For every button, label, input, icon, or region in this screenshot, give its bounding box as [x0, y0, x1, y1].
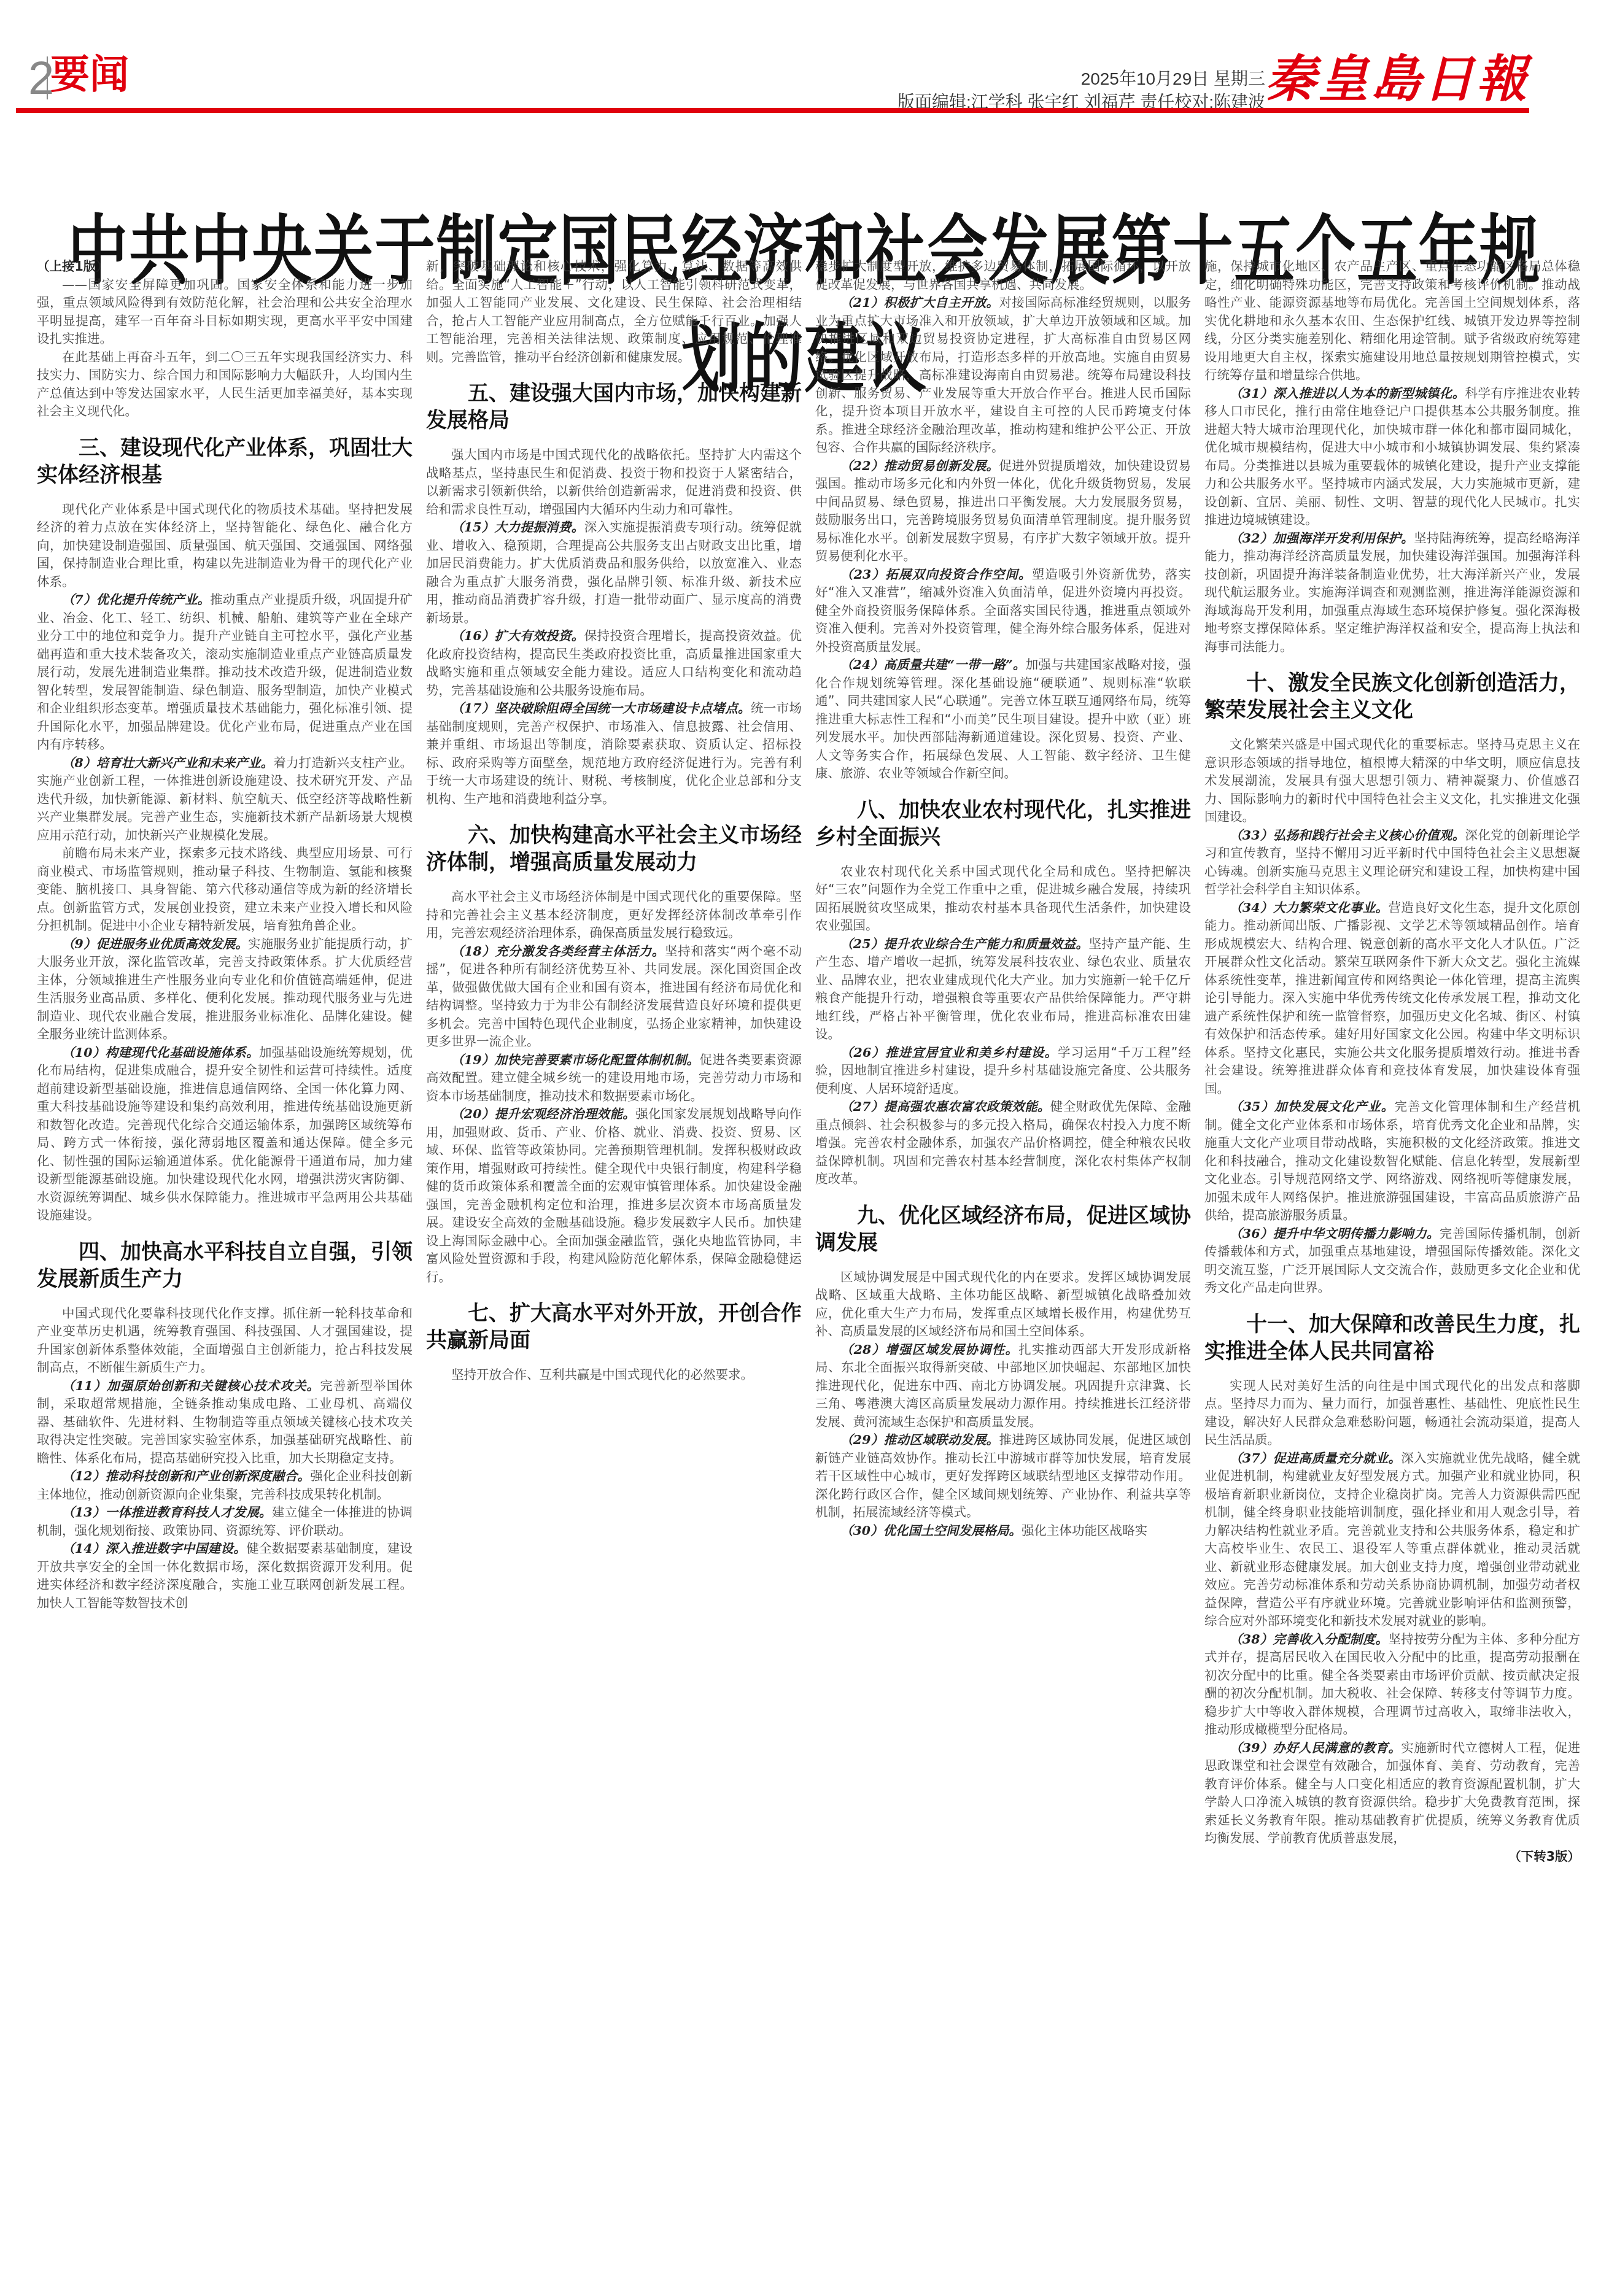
body-paragraph: 农业农村现代化关系中国式现代化全局和成色。坚持把解决好“三农”问题作为全党工作重… [815, 863, 1191, 935]
paragraph-title: （13）一体推进教育科技人才发展。 [62, 1505, 272, 1520]
column-3: 稳步扩大制度型开放，维护多边贸易体制，拓展国际循环，以开放促改革促发展，与世界各… [815, 258, 1191, 2283]
section-heading: 四、加快高水平科技自立自强，引领发展新质生产力 [37, 1239, 413, 1293]
paragraph-text: 深入实施就业优先战略，健全就业促进机制，构建就业友好型发展方式。加强产业和就业协… [1204, 1451, 1580, 1629]
paragraph-title: （28）增强区域发展协调性。 [840, 1342, 1018, 1357]
paragraph-title: （24）高质量共建“一带一路”。 [840, 657, 1026, 672]
numbered-paragraph: （35）加快发展文化产业。完善文化管理体制和生产经营机制。健全文化产业体系和市场… [1204, 1098, 1580, 1225]
section-heading: 六、加快构建高水平社会主义市场经济体制，增强高质量发展动力 [426, 822, 802, 876]
paragraph-text: 坚持按劳分配为主体、多种分配方式并存，提高居民收入在国民收入分配中的比重，提高劳… [1204, 1632, 1580, 1737]
paragraph-title: （37）促进高质量充分就业。 [1230, 1451, 1401, 1466]
numbered-paragraph: （31）深入推进以人为本的新型城镇化。科学有序推进农业转移人口市民化，推行由常住… [1204, 385, 1580, 530]
paragraph-text: 对接国际高标准经贸规则，以服务业为重点扩大市场准入和开放领域，扩大单边开放领域和… [815, 295, 1191, 455]
article-columns: （上接1版）——国家安全屏障更加巩固。国家安全体系和能力进一步加强，重点领域风险… [37, 258, 1584, 2283]
paragraph-text: 营造良好文化生态，提升文化原创能力。推动新闻出版、广播影视、文学艺术等领域精品创… [1204, 900, 1580, 1096]
paragraph-title: （30）优化国土空间发展格局。 [840, 1523, 1022, 1538]
section-heading: 三、建设现代化产业体系，巩固壮大实体经济根基 [37, 435, 413, 489]
numbered-paragraph: （10）构建现代化基础设施体系。加强基础设施统筹规划，优化布局结构，促进集成融合… [37, 1044, 413, 1225]
numbered-paragraph: （23）拓展双向投资合作空间。塑造吸引外资新优势，落实好“准入又准营”，缩减外资… [815, 566, 1191, 657]
paragraph-title: （36）提升中华文明传播力影响力。 [1230, 1226, 1440, 1241]
page-number: 2 [28, 55, 53, 102]
numbered-paragraph: （11）加强原始创新和关键核心技术攻关。完善新型举国体制，采取超常规措施，全链条… [37, 1377, 413, 1468]
body-paragraph: 强大国内市场是中国式现代化的战略依托。坚持扩大内需这个战略基点，坚持惠民生和促消… [426, 446, 802, 519]
paragraph-text: 加强基础设施统筹规划，优化布局结构，促进集成融合，提升安全韧性和运营可持续性。适… [37, 1045, 413, 1223]
issue-meta: 2025年10月29日 星期三 版面编辑:江学科 张宇红 刘福芹 责任校对:陈建… [898, 68, 1265, 114]
section-name: 要闻 [50, 55, 129, 95]
section-heading: 五、建设强大国内市场，加快构建新发展格局 [426, 380, 802, 434]
paragraph-title: （29）推动区域联动发展。 [840, 1432, 999, 1447]
section-heading: 十一、加大保障和改善民生力度，扎实推进全体人民共同富裕 [1204, 1311, 1580, 1365]
body-paragraph: 中国式现代化要靠科技现代化作支撑。抓住新一轮科技革命和产业变革历史机遇，统筹教育… [37, 1305, 413, 1377]
numbered-paragraph: （38）完善收入分配制度。坚持按劳分配为主体、多种分配方式并存，提高居民收入在国… [1204, 1631, 1580, 1739]
paragraph-title: （12）推动科技创新和产业创新深度融合。 [62, 1469, 310, 1483]
paragraph-text: 完善文化管理体制和生产经营机制。健全文化产业体系和市场体系，培育优秀文化企业和品… [1204, 1099, 1580, 1223]
paragraph-text: 促进外贸提质增效，加快建设贸易强国。推动市场多元化和内外贸一体化，优化升级货物贸… [815, 458, 1191, 564]
paragraph-title: （15）大力提振消费。 [451, 520, 584, 535]
numbered-paragraph: （12）推动科技创新和产业创新深度融合。强化企业科技创新主体地位，推动创新资源向… [37, 1467, 413, 1504]
body-paragraph: 实现人民对美好生活的向往是中国式现代化的出发点和落脚点。坚持尽力而为、量力而行，… [1204, 1377, 1580, 1450]
section-heading: 九、优化区域经济布局，促进区域协调发展 [815, 1202, 1191, 1256]
numbered-paragraph: （28）增强区域发展协调性。扎实推动西部大开发形成新格局、东北全面振兴取得新突破… [815, 1341, 1191, 1432]
newspaper-logo: 秦皇島日報 [1265, 54, 1529, 104]
paragraph-title: （32）加强海洋开发利用保护。 [1230, 531, 1414, 546]
paragraph-title: （21）积极扩大自主开放。 [840, 295, 999, 310]
paragraph-text: 实施新时代立德树人工程，促进思政课堂和社会课堂有效融合，加强体育、美育、劳动教育… [1204, 1741, 1580, 1846]
numbered-paragraph: （18）充分激发各类经营主体活力。坚持和落实“两个毫不动摇”，促进各种所有制经济… [426, 943, 802, 1051]
body-paragraph: 现代化产业体系是中国式现代化的物质技术基础。坚持把发展经济的着力点放在实体经济上… [37, 501, 413, 592]
numbered-paragraph: （15）大力提振消费。深入实施提振消费专项行动。统筹促就业、增收入、稳预期，合理… [426, 519, 802, 627]
section-heading: 七、扩大高水平对外开放，开创合作共赢新局面 [426, 1300, 802, 1354]
body-paragraph: 区域协调发展是中国式现代化的内在要求。发挥区域协调发展战略、区域重大战略、主体功… [815, 1269, 1191, 1341]
body-paragraph: 前瞻布局未来产业，探索多元技术路线、典型应用场景、可行商业模式、市场监管规则，推… [37, 845, 413, 935]
paragraph-title: （39）办好人民满意的教育。 [1230, 1741, 1401, 1755]
numbered-paragraph: （33）弘扬和践行社会主义核心价值观。深化党的创新理论学习和宣传教育，坚持不懈用… [1204, 827, 1580, 899]
paragraph-text: 坚持陆海统筹，提高经略海洋能力，推动海洋经济高质量发展，加快建设海洋强国。加强海… [1204, 531, 1580, 654]
paragraph-text: 坚持和落实“两个毫不动摇”，促进各种所有制经济优势互补、共同发展。深化国资国企改… [426, 944, 802, 1049]
paragraph-title: （14）深入推进数字中国建设。 [62, 1541, 246, 1556]
numbered-paragraph: （34）大力繁荣文化事业。营造良好文化生态，提升文化原创能力。推动新闻出版、广播… [1204, 899, 1580, 1099]
paragraph-title: （20）提升宏观经济治理效能。 [451, 1107, 635, 1121]
paragraph-title: （33）弘扬和践行社会主义核心价值观。 [1230, 828, 1465, 843]
paragraph-title: （26）推进宜居宜业和美乡村建设。 [840, 1045, 1058, 1060]
numbered-paragraph: （37）促进高质量充分就业。深入实施就业优先战略，健全就业促进机制，构建就业友好… [1204, 1450, 1580, 1631]
numbered-paragraph: （14）深入推进数字中国建设。健全数据要素基础制度，建设开放共享安全的全国一体化… [37, 1540, 413, 1612]
body-paragraph: ——国家安全屏障更加巩固。国家安全体系和能力进一步加强，重点领域风险得到有效防范… [37, 276, 413, 349]
numbered-paragraph: （24）高质量共建“一带一路”。加强与共建国家战略对接，强化合作规划统筹管理。深… [815, 656, 1191, 783]
body-paragraph: 文化繁荣兴盛是中国式现代化的重要标志。坚持马克思主义在意识形态领域的指导地位，植… [1204, 736, 1580, 827]
numbered-paragraph: （20）提升宏观经济治理效能。强化国家发展规划战略导向作用，加强财政、货币、产业… [426, 1105, 802, 1286]
body-paragraph: 施，保持城市化地区、农产品主产区、重点生态功能区格局总体稳定，细化明确特殊功能区… [1204, 258, 1580, 385]
paragraph-title: （18）充分激发各类经营主体活力。 [451, 944, 665, 959]
numbered-paragraph: （22）推动贸易创新发展。促进外贸提质增效，加快建设贸易强国。推动市场多元化和内… [815, 457, 1191, 566]
numbered-paragraph: （7）优化提升传统产业。推动重点产业提质升级，巩固提升矿业、冶金、化工、轻工、纺… [37, 591, 413, 754]
paragraph-title: （7）优化提升传统产业。 [62, 592, 210, 607]
paragraph-title: （34）大力繁荣文化事业。 [1230, 900, 1388, 915]
column-2: 新，突破基础理论和核心技术，强化算力、算法、数据等高效供给。全面实施“人工智能＋… [426, 258, 802, 2283]
numbered-paragraph: （21）积极扩大自主开放。对接国际高标准经贸规则，以服务业为重点扩大市场准入和开… [815, 294, 1191, 457]
paragraph-title: （16）扩大有效投资。 [451, 628, 584, 643]
paragraph-title: （10）构建现代化基础设施体系。 [62, 1045, 259, 1060]
numbered-paragraph: （39）办好人民满意的教育。实施新时代立德树人工程，促进思政课堂和社会课堂有效融… [1204, 1739, 1580, 1848]
body-paragraph: 坚持开放合作、互利共赢是中国式现代化的必然要求。 [426, 1366, 802, 1385]
continued-on-note: （下转3版） [1508, 1848, 1580, 1866]
column-1: （上接1版）——国家安全屏障更加巩固。国家安全体系和能力进一步加强，重点领域风险… [37, 258, 413, 2283]
paragraph-title: （38）完善收入分配制度。 [1230, 1632, 1388, 1647]
paragraph-title: （9）促进服务业优质高效发展。 [62, 937, 248, 951]
paragraph-text: 坚持产量产能、生产生态、增产增收一起抓，统筹发展科技农业、绿色农业、质量农业、品… [815, 937, 1191, 1042]
numbered-paragraph: （19）加快完善要素市场化配置体制机制。促进各类要素资源高效配置。建立健全城乡统… [426, 1051, 802, 1106]
page-divider [47, 56, 48, 99]
numbered-paragraph: （36）提升中华文明传播力影响力。完善国际传播机制，创新传播载体和方式，加强重点… [1204, 1225, 1580, 1297]
paragraph-text: 深入实施提振消费专项行动。统筹促就业、增收入、稳预期，合理提高公共服务支出占财政… [426, 520, 802, 625]
body-paragraph: 高水平社会主义市场经济体制是中国式现代化的重要保障。坚持和完善社会主义基本经济制… [426, 888, 802, 943]
numbered-paragraph: （13）一体推进教育科技人才发展。建立健全一体推进的协调机制，强化规划衔接、政策… [37, 1504, 413, 1540]
paragraph-title: （11）加强原始创新和关键核心技术攻关。 [62, 1378, 320, 1393]
paragraph-text: 加强与共建国家战略对接，强化合作规划统筹管理。深化基础设施“硬联通”、规则标准“… [815, 657, 1191, 781]
body-paragraph: 在此基础上再奋斗五年，到二〇三五年实现我国经济实力、科技实力、国防实力、综合国力… [37, 349, 413, 421]
paragraph-text: 统一市场基础制度规则，完善产权保护、市场准入、信息披露、社会信用、兼并重组、市场… [426, 701, 802, 806]
paragraph-title: （8）培育壮大新兴产业和未来产业。 [62, 756, 273, 770]
paragraph-title: （19）加快完善要素市场化配置体制机制。 [451, 1053, 699, 1067]
paragraph-title: （31）深入推进以人为本的新型城镇化。 [1230, 386, 1465, 401]
numbered-paragraph: （16）扩大有效投资。保持投资合理增长，提高投资效益。优化政府投资结构，提高民生… [426, 627, 802, 700]
header-rule [16, 108, 1529, 113]
paragraph-text: 强化国家发展规划战略导向作用，加强财政、货币、产业、价格、就业、消费、投资、贸易… [426, 1107, 802, 1285]
numbered-paragraph: （9）促进服务业优质高效发展。实施服务业扩能提质行动，扩大服务业开放，深化监管改… [37, 935, 413, 1044]
numbered-paragraph: （17）坚决破除阻碍全国统一大市场建设卡点堵点。统一市场基础制度规则，完善产权保… [426, 700, 802, 808]
paragraph-title: （35）加快发展文化产业。 [1230, 1099, 1394, 1114]
paragraph-title: （22）推动贸易创新发展。 [840, 458, 999, 473]
body-paragraph: 稳步扩大制度型开放，维护多边贸易体制，拓展国际循环，以开放促改革促发展，与世界各… [815, 258, 1191, 294]
numbered-paragraph: （27）提高强农惠农富农政策效能。健全财政优先保障、金融重点倾斜、社会积极参与的… [815, 1098, 1191, 1189]
paragraph-title: （27）提高强农惠农富农政策效能。 [840, 1099, 1050, 1114]
section-heading: 十、激发全民族文化创新创造活力，繁荣发展社会主义文化 [1204, 670, 1580, 724]
paragraph-text: 科学有序推进农业转移人口市民化，推行由常住地登记户口提供基本公共服务制度。推进超… [1204, 386, 1580, 528]
numbered-paragraph: （25）提升农业综合生产能力和质量效益。坚持产量产能、生产生态、增产增收一起抓，… [815, 935, 1191, 1044]
paragraph-text: 强化主体功能区战略实 [1022, 1523, 1147, 1538]
paragraph-title: （23）拓展双向投资合作空间。 [840, 567, 1032, 582]
paragraph-title: （25）提升农业综合生产能力和质量效益。 [840, 937, 1088, 951]
paragraph-text: 推动重点产业提质升级，巩固提升矿业、冶金、化工、轻工、纺织、机械、船舶、建筑等产… [37, 592, 413, 752]
masthead: 2 要闻 2025年10月29日 星期三 版面编辑:江学科 张宇红 刘福芹 责任… [16, 37, 1529, 114]
numbered-paragraph: （29）推动区域联动发展。推进跨区域协同发展，促进区域创新链产业链高效协作。推动… [815, 1431, 1191, 1522]
body-paragraph: 新，突破基础理论和核心技术，强化算力、算法、数据等高效供给。全面实施“人工智能＋… [426, 258, 802, 366]
paragraph-title: （17）坚决破除阻碍全国统一大市场建设卡点堵点。 [451, 701, 751, 716]
continued-from-note: （上接1版） [37, 258, 413, 276]
column-4: 施，保持城市化地区、农产品主产区、重点生态功能区格局总体稳定，细化明确特殊功能区… [1204, 258, 1580, 2283]
numbered-paragraph: （30）优化国土空间发展格局。强化主体功能区战略实 [815, 1522, 1191, 1540]
section-heading: 八、加快农业农村现代化，扎实推进乡村全面振兴 [815, 797, 1191, 851]
numbered-paragraph: （26）推进宜居宜业和美乡村建设。学习运用“千万工程”经验，因地制宜推进乡村建设… [815, 1044, 1191, 1099]
issue-date: 2025年10月29日 星期三 [898, 68, 1265, 91]
numbered-paragraph: （8）培育壮大新兴产业和未来产业。着力打造新兴支柱产业。实施产业创新工程，一体推… [37, 754, 413, 845]
numbered-paragraph: （32）加强海洋开发利用保护。坚持陆海统筹，提高经略海洋能力，推动海洋经济高质量… [1204, 530, 1580, 657]
paragraph-text: 实施服务业扩能提质行动，扩大服务业开放，深化监管改革，完善支持政策体系。扩大优质… [37, 937, 413, 1042]
